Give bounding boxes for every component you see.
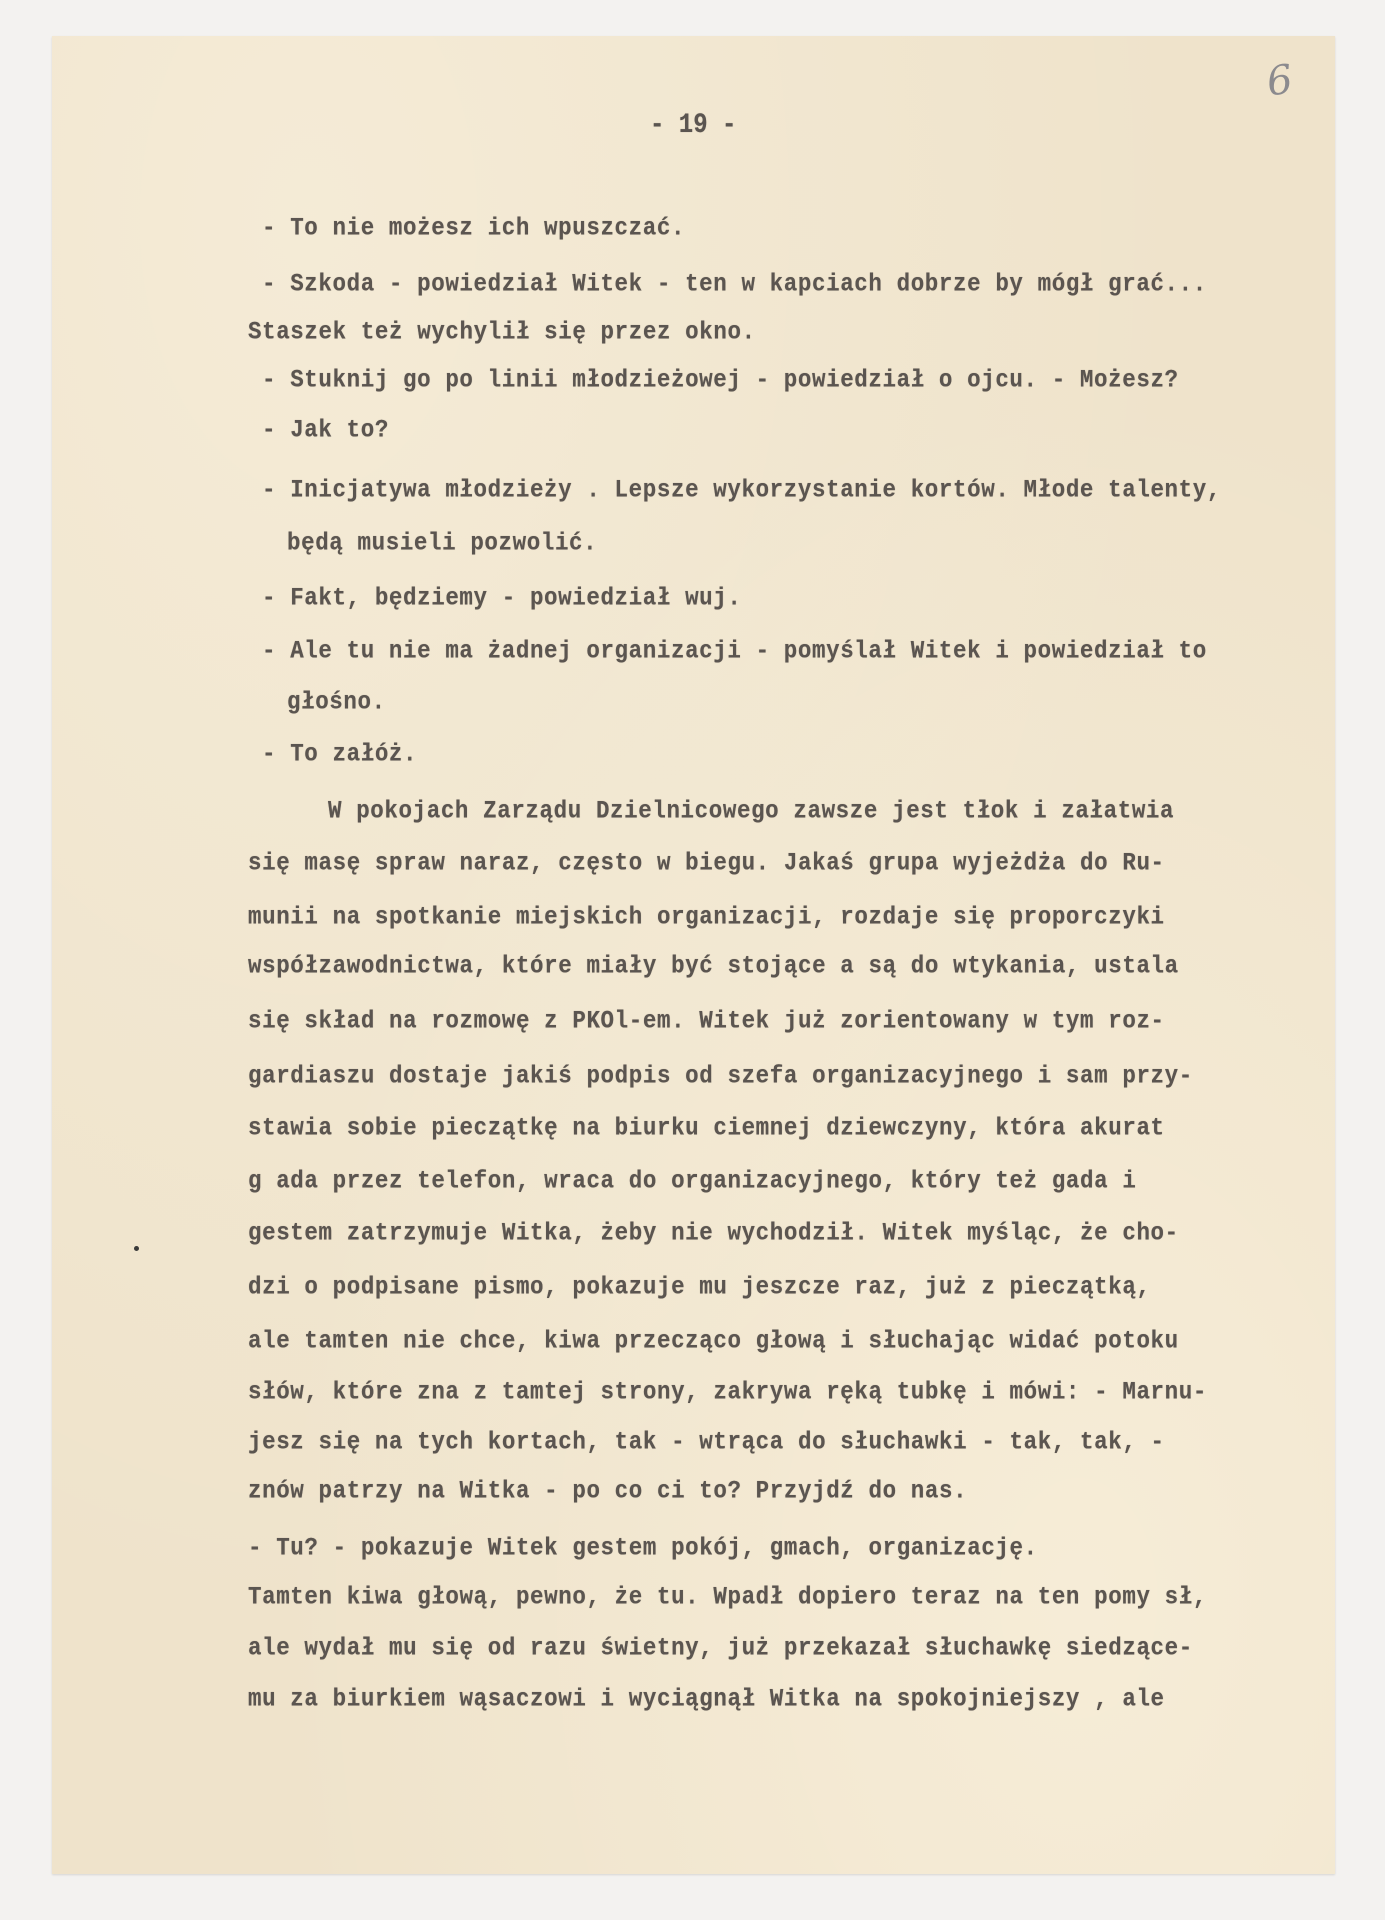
text-line: stawia sobie pieczątkę na biurku ciemnej… — [248, 1112, 1165, 1143]
text-line: znów patrzy na Witka - po co ci to? Przy… — [248, 1475, 967, 1506]
paragraph-first-line: W pokojach Zarządu Dzielnicowego zawsze … — [328, 795, 1174, 826]
text-line: - Fakt, będziemy - powiedział wuj. — [262, 582, 741, 613]
text-line: ale tamten nie chce, kiwa przecząco głow… — [248, 1325, 1179, 1356]
text-line: Tamten kiwa głową, pewno, że tu. Wpadł d… — [248, 1581, 1207, 1612]
text-line: g ada przez telefon, wraca do organizacy… — [248, 1165, 1136, 1196]
text-line: dzi o podpisane pismo, pokazuje mu jeszc… — [248, 1271, 1151, 1302]
text-line: - Jak to? — [262, 414, 389, 445]
text-line: munii na spotkanie miejskich organizacji… — [248, 901, 1165, 932]
text-line: gestem zatrzymuje Witka, żeby nie wychod… — [248, 1217, 1179, 1248]
text-line: ale wydał mu się od razu świetny, już pr… — [248, 1632, 1193, 1663]
ink-speck — [134, 1246, 139, 1251]
text-line: Staszek też wychylił się przez okno. — [248, 316, 756, 347]
text-line: - Szkoda - powiedział Witek - ten w kapc… — [262, 268, 1207, 299]
text-line: - Tu? - pokazuje Witek gestem pokój, gma… — [248, 1532, 1038, 1563]
text-line: się skład na rozmowę z PKOl-em. Witek ju… — [248, 1005, 1165, 1036]
text-line: będą musieli pozwolić. — [287, 527, 597, 558]
text-line: - Ale tu nie ma żadnej organizacji - pom… — [262, 635, 1207, 666]
text-line: - To załóż. — [262, 738, 417, 769]
text-line: - To nie możesz ich wpuszczać. — [262, 212, 685, 243]
page-number: - 19 - — [650, 110, 736, 141]
text-line: - Stuknij go po linii młodzieżowej - pow… — [262, 364, 1179, 395]
text-line: się masę spraw naraz, często w biegu. Ja… — [248, 847, 1165, 878]
text-line: słów, które zna z tamtej strony, zakrywa… — [248, 1376, 1207, 1407]
text-line: - Inicjatywa młodzieży . Lepsze wykorzys… — [262, 474, 1221, 505]
text-line: mu za biurkiem wąsaczowi i wyciągnął Wit… — [248, 1683, 1165, 1714]
text-line: głośno. — [287, 686, 386, 717]
text-line: gardiaszu dostaje jakiś podpis od szefa … — [248, 1060, 1193, 1091]
text-line: jesz się na tych kortach, tak - wtrąca d… — [248, 1426, 1165, 1457]
text-line: współzawodnictwa, które miały być stojąc… — [248, 950, 1179, 981]
